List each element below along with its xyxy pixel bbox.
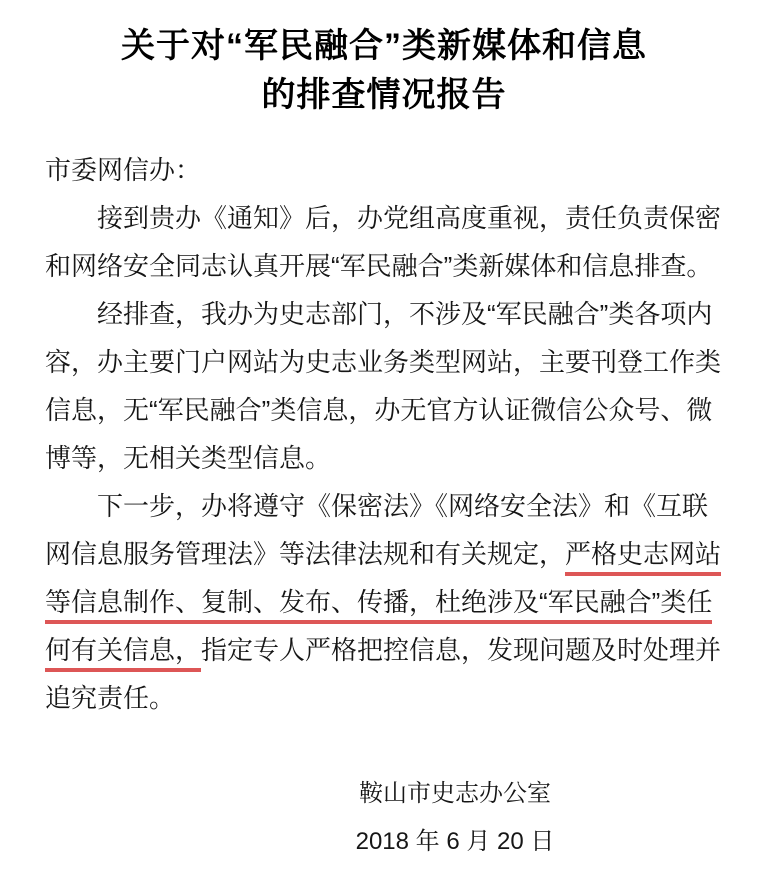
salutation: 市委网信办： xyxy=(45,146,683,194)
document-body: 市委网信办： 接到贵办《通知》后，办党组高度重视，责任负责保密 和网络安全同志认… xyxy=(0,146,768,722)
paragraph3-line4: 何有关信息，指定专人严格把控信息，发现问题及时处理并 xyxy=(45,626,683,674)
paragraph1-line1: 接到贵办《通知》后，办党组高度重视，责任负责保密 xyxy=(45,194,683,242)
signature-org: 鞍山市史志办公室 xyxy=(340,770,570,818)
paragraph3-line5: 追究责任。 xyxy=(45,674,683,722)
signature-block: 鞍山市史志办公室 2018 年 6 月 20 日 xyxy=(340,770,570,866)
red-underlined-text: 等信息制作、复制、发布、传播，杜绝涉及“军民融合”类任 xyxy=(45,587,712,624)
document-title: 关于对“军民融合”类新媒体和信息 的排查情况报告 xyxy=(0,22,768,120)
paragraph1-line2: 和网络安全同志认真开展“军民融合”类新媒体和信息排查。 xyxy=(45,242,683,290)
paragraph2-line3: 信息，无“军民融合”类信息，办无官方认证微信公众号、微 xyxy=(45,386,683,434)
paragraph2-line1: 经排查，我办为史志部门，不涉及“军民融合”类各项内 xyxy=(45,290,683,338)
paragraph3-line1: 下一步，办将遵守《保密法》《网络安全法》和《互联 xyxy=(45,482,683,530)
red-underlined-text: 严格史志网站 xyxy=(565,539,721,576)
signature-date: 2018 年 6 月 20 日 xyxy=(340,818,570,866)
paragraph3-line4-normal: 指定专人严格把控信息，发现问题及时处理并 xyxy=(201,635,721,665)
title-line-1: 关于对“军民融合”类新媒体和信息 xyxy=(0,22,768,71)
red-underlined-text: 何有关信息， xyxy=(45,635,201,672)
paragraph2-line2: 容，办主要门户网站为史志业务类型网站，主要刊登工作类 xyxy=(45,338,683,386)
paragraph2-line4: 博等，无相关类型信息。 xyxy=(45,434,683,482)
title-line-2: 的排查情况报告 xyxy=(0,71,768,120)
paragraph3-line2: 网信息服务管理法》等法律法规和有关规定，严格史志网站 xyxy=(45,530,683,578)
paragraph3-line2-normal: 网信息服务管理法》等法律法规和有关规定， xyxy=(45,539,565,569)
document-page: 关于对“军民融合”类新媒体和信息 的排查情况报告 市委网信办： 接到贵办《通知》… xyxy=(0,0,768,885)
paragraph3-line3: 等信息制作、复制、发布、传播，杜绝涉及“军民融合”类任 xyxy=(45,578,683,626)
